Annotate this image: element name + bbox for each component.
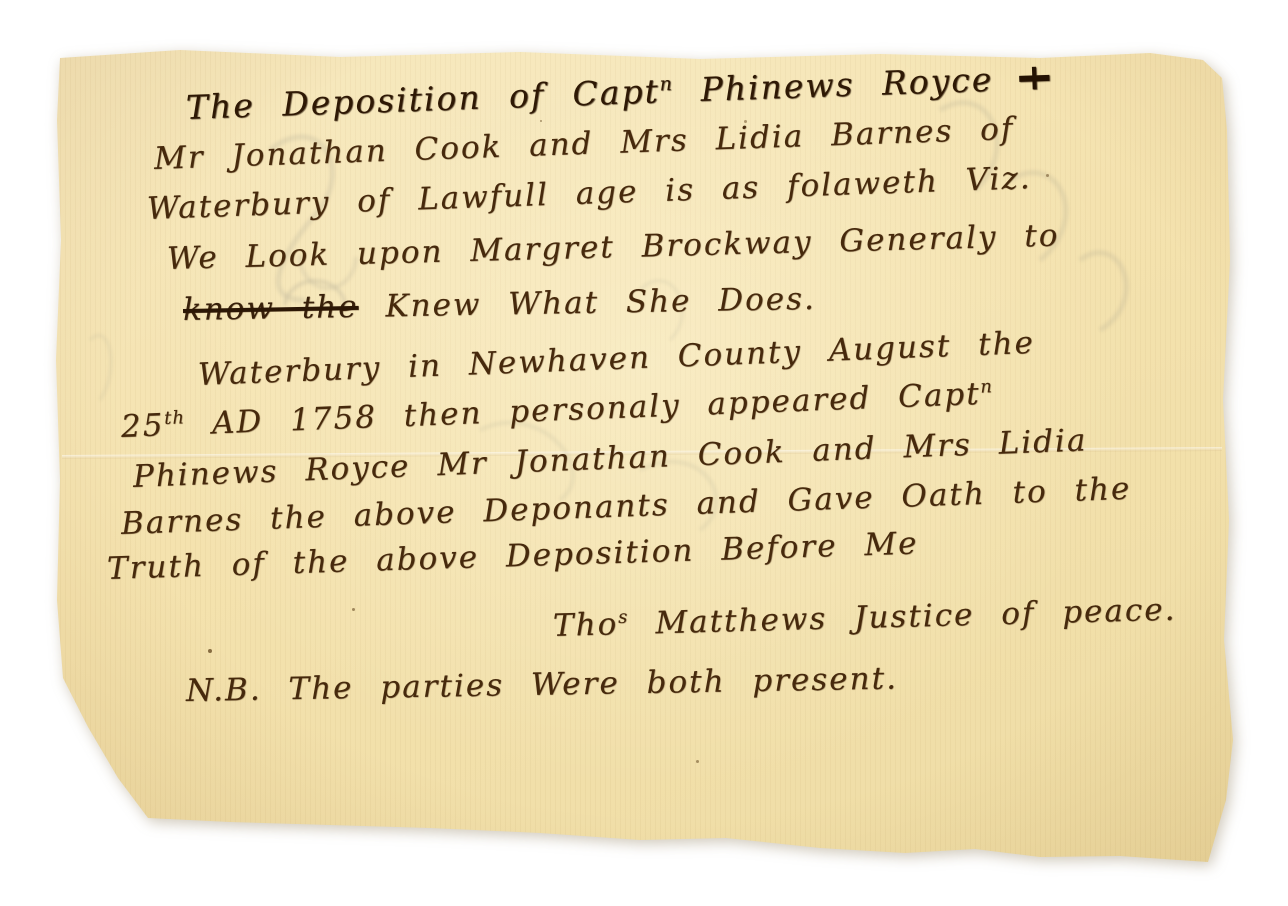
- paper-speck: [352, 608, 355, 611]
- signature-superscript: s: [618, 607, 629, 628]
- paper-speck: [208, 649, 212, 653]
- paper-speck: [540, 120, 542, 122]
- struck-out-words: know the: [183, 289, 359, 328]
- date-ordinal-superscript: th: [164, 407, 186, 429]
- date-number: 25: [120, 407, 165, 445]
- struck-plus-mark: +: [992, 56, 1050, 100]
- title-superscript: n: [659, 72, 673, 95]
- paper-shadow-wrap: The Deposition of Captn Phinews Royce+ M…: [0, 0, 1288, 906]
- paper-speck: [696, 760, 699, 763]
- scanned-document-page: The Deposition of Captn Phinews Royce+ M…: [0, 0, 1288, 906]
- captain-superscript: n: [980, 376, 993, 397]
- signature-name: Tho: [553, 606, 619, 644]
- manuscript-paper: The Deposition of Captn Phinews Royce+ M…: [0, 0, 1288, 906]
- paper-speck: [1046, 174, 1049, 177]
